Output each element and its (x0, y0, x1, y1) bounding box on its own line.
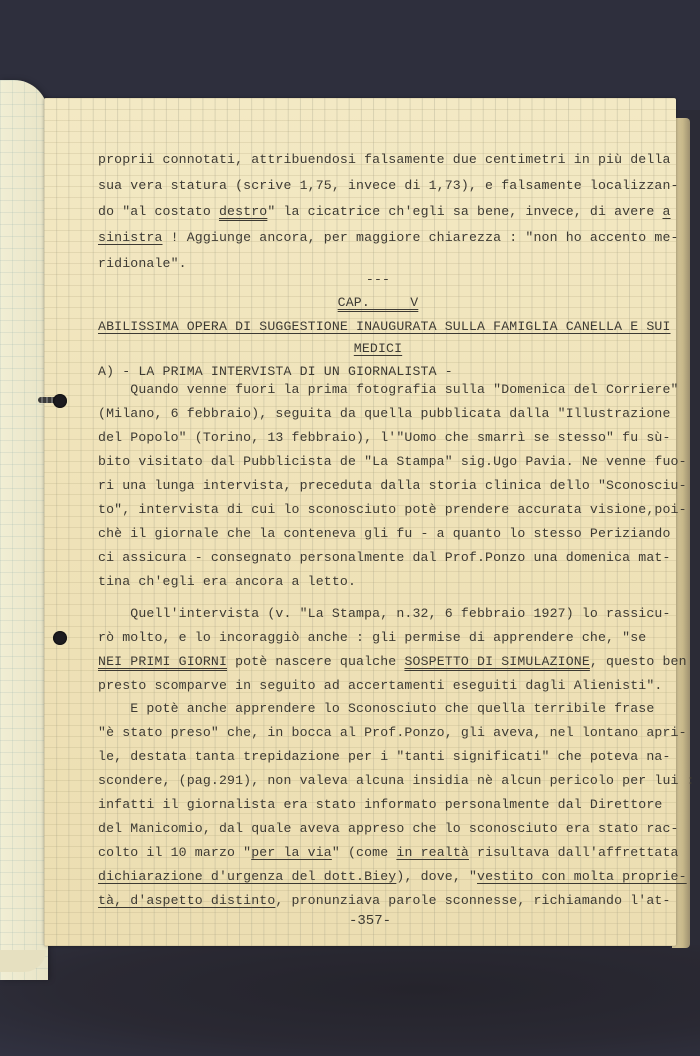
emphasis-aspetto: tà, d'aspetto distinto (98, 893, 275, 908)
punch-hole-top (53, 394, 67, 408)
text-line: ci assicura - consegnato personalmente d… (98, 550, 671, 565)
chapter-heading: CAP. V (98, 295, 658, 310)
text-span: , questo ben (590, 654, 687, 669)
chapter-title-line1: ABILISSIMA OPERA DI SUGGESTIONE INAUGURA… (98, 319, 671, 334)
text-line: Quando venne fuori la prima fotografia s… (98, 382, 679, 397)
text-line: ri una lunga intervista, preceduta dalla… (98, 478, 687, 493)
section-heading: A) - LA PRIMA INTERVISTA DI UN GIORNALIS… (98, 364, 453, 379)
text-span: risultava dall'affrettata (469, 845, 679, 860)
emphasis-dichiarazione: dichiarazione d'urgenza del dott.Biey (98, 869, 396, 884)
chapter-title-cont: MEDICI (98, 341, 658, 356)
text-line: tina ch'egli era ancora a letto. (98, 574, 356, 589)
text-line: scondere, (pag.291), non valeva alcuna i… (98, 773, 695, 788)
text-line: NEI PRIMI GIORNI potè nascere qualche SO… (98, 654, 687, 669)
text-span: do "al costato (98, 204, 219, 219)
text-line: chè il giornale che la conteneva gli fu … (98, 526, 671, 541)
text-span: potè nascere qualche (227, 654, 404, 669)
emphasis-vestito: vestito con molta proprie- (477, 869, 687, 884)
emphasis-a: a (663, 204, 671, 219)
text-line: del Popolo" (Torino, 13 febbraio), l'"Uo… (98, 430, 671, 445)
emphasis-sinistra: sinistra (98, 230, 163, 245)
text-line: sua vera statura (scrive 1,75, invece di… (98, 178, 679, 193)
punch-hole-bottom (53, 631, 67, 645)
emphasis-primi-giorni: NEI PRIMI GIORNI (98, 654, 227, 669)
text-line: dichiarazione d'urgenza del dott.Biey), … (98, 869, 687, 884)
text-line: infatti il giornalista era stato informa… (98, 797, 662, 812)
emphasis-per-la-via: per la via (251, 845, 332, 860)
dark-background-top (0, 0, 700, 110)
text-span: colto il 10 marzo " (98, 845, 251, 860)
text-line: (Milano, 6 febbraio), seguita da quella … (98, 406, 671, 421)
text-line: tà, d'aspetto distinto, pronunziava paro… (98, 893, 671, 908)
chapter-number: CAP. V (338, 295, 419, 310)
text-line: le, destata tanta trepidazione per i "ta… (98, 749, 671, 764)
text-line: to", intervista di cui lo sconosciuto po… (98, 502, 687, 517)
text-span: ), dove, " (396, 869, 477, 884)
emphasis-sospetto: SOSPETTO DI SIMULAZIONE (404, 654, 589, 669)
typewritten-page (44, 98, 676, 946)
text-line: do "al costato destro" la cicatrice ch'e… (98, 204, 671, 219)
text-line: E potè anche apprendere lo Sconosciuto c… (98, 701, 654, 716)
text-line: del Manicomio, dal quale aveva appreso c… (98, 821, 679, 836)
chapter-title: ABILISSIMA OPERA DI SUGGESTIONE INAUGURA… (98, 319, 671, 334)
text-line: bito visitato dal Pubblicista de "La Sta… (98, 454, 687, 469)
text-line: Quell'intervista (v. "La Stampa, n.32, 6… (98, 606, 671, 621)
chapter-title-line2: MEDICI (354, 341, 402, 356)
emphasis-destro: destro (219, 204, 267, 219)
text-line: colto il 10 marzo "per la via" (come in … (98, 845, 679, 860)
dark-background-bottom (0, 945, 700, 1056)
text-span: ! Aggiunge ancora, per maggiore chiarezz… (163, 230, 679, 245)
text-span: " la cicatrice ch'egli sa bene, invece, … (267, 204, 662, 219)
text-line: proprii connotati, attribuendosi falsame… (98, 152, 671, 167)
text-line: rò molto, e lo incoraggiò anche : gli pe… (98, 630, 646, 645)
text-span: , pronunziava parole sconnesse, richiama… (275, 893, 670, 908)
separator: --- (98, 272, 658, 287)
text-line: sinistra ! Aggiunge ancora, per maggiore… (98, 230, 679, 245)
text-line: ridionale". (98, 256, 187, 271)
facing-left-page (0, 80, 48, 980)
emphasis-in-realta: in realtà (396, 845, 469, 860)
text-span: " (come (332, 845, 397, 860)
text-line: "è stato preso" che, in bocca al Prof.Po… (98, 725, 687, 740)
text-line: presto scomparve in seguito ad accertame… (98, 678, 662, 693)
page-number: -357- (60, 913, 680, 929)
